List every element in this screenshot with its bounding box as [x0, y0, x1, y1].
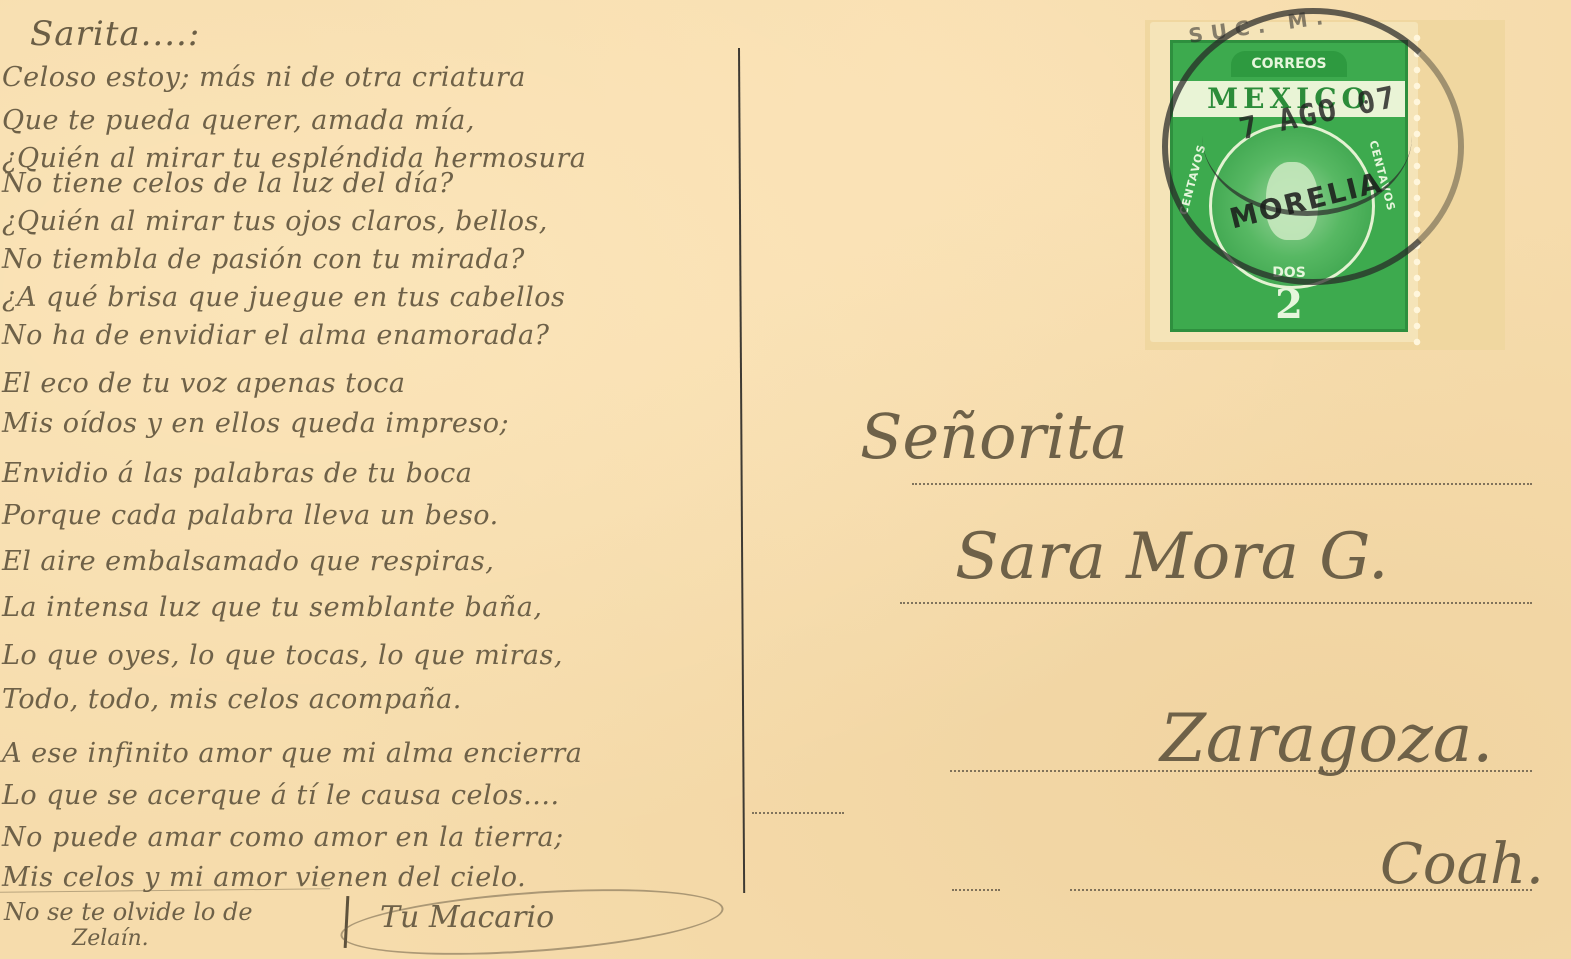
postcard-back: Sarita....: Celoso estoy; más ni de otra… — [0, 0, 1571, 959]
address-line-2 — [900, 602, 1532, 604]
postmark: SUC. M. 7 AGO 07 MORELIA — [1162, 8, 1464, 285]
address-line-4b — [1070, 889, 1532, 891]
poem-line: Envidio á las palabras de tu boca — [2, 458, 472, 489]
poem-line: A ese infinito amor que mi alma encierra — [2, 738, 582, 769]
closing-note-continued: Zelaín. — [72, 926, 149, 951]
poem-line: No tiembla de pasión con tu mirada? — [2, 244, 525, 275]
poem-line: No tiene celos de la luz del día? — [2, 168, 454, 199]
poem-line: La intensa luz que tu semblante baña, — [2, 592, 542, 623]
poem-line: No puede amar como amor en la tierra; — [2, 822, 564, 853]
message-section: Sarita....: Celoso estoy; más ni de otra… — [0, 0, 740, 959]
poem-line: ¿Quién al mirar tus ojos claros, bellos, — [2, 206, 548, 237]
poem-line: Celoso estoy; más ni de otra criatura — [2, 62, 526, 93]
postmark-top-text: SUC. M. — [1187, 4, 1332, 48]
poem-line: Lo que se acerque á tí le causa celos...… — [2, 780, 560, 811]
address-title: Señorita — [860, 400, 1128, 473]
address-city: Zaragoza. — [1160, 700, 1493, 777]
divider-dotted-extension — [752, 812, 844, 814]
address-line-3 — [950, 770, 1532, 772]
address-name: Sara Mora G. — [955, 520, 1388, 594]
poem-line: Lo que oyes, lo que tocas, lo que miras, — [2, 640, 563, 671]
poem-line: Que te pueda querer, amada mía, — [2, 105, 475, 136]
poem-line: El aire embalsamado que respiras, — [2, 546, 494, 577]
address-state: Coah. — [1380, 832, 1544, 897]
poem-line: El eco de tu voz apenas toca — [2, 368, 405, 399]
poem-line: Todo, todo, mis celos acompaña. — [2, 684, 462, 715]
salutation: Sarita....: — [30, 14, 200, 54]
poem-line: Porque cada palabra lleva un beso. — [2, 500, 499, 531]
address-line-1 — [912, 483, 1532, 485]
poem-line: Mis oídos y en ellos queda impreso; — [2, 408, 509, 439]
poem-line: ¿A qué brisa que juegue en tus cabellos — [2, 282, 565, 313]
closing-note: No se te olvide lo de — [4, 898, 253, 926]
stamp-value: 2 — [1265, 283, 1313, 327]
poem-line: No ha de envidiar el alma enamorada? — [2, 320, 550, 351]
address-line-4a — [952, 889, 1000, 891]
signature: Tu Macario — [380, 900, 554, 935]
